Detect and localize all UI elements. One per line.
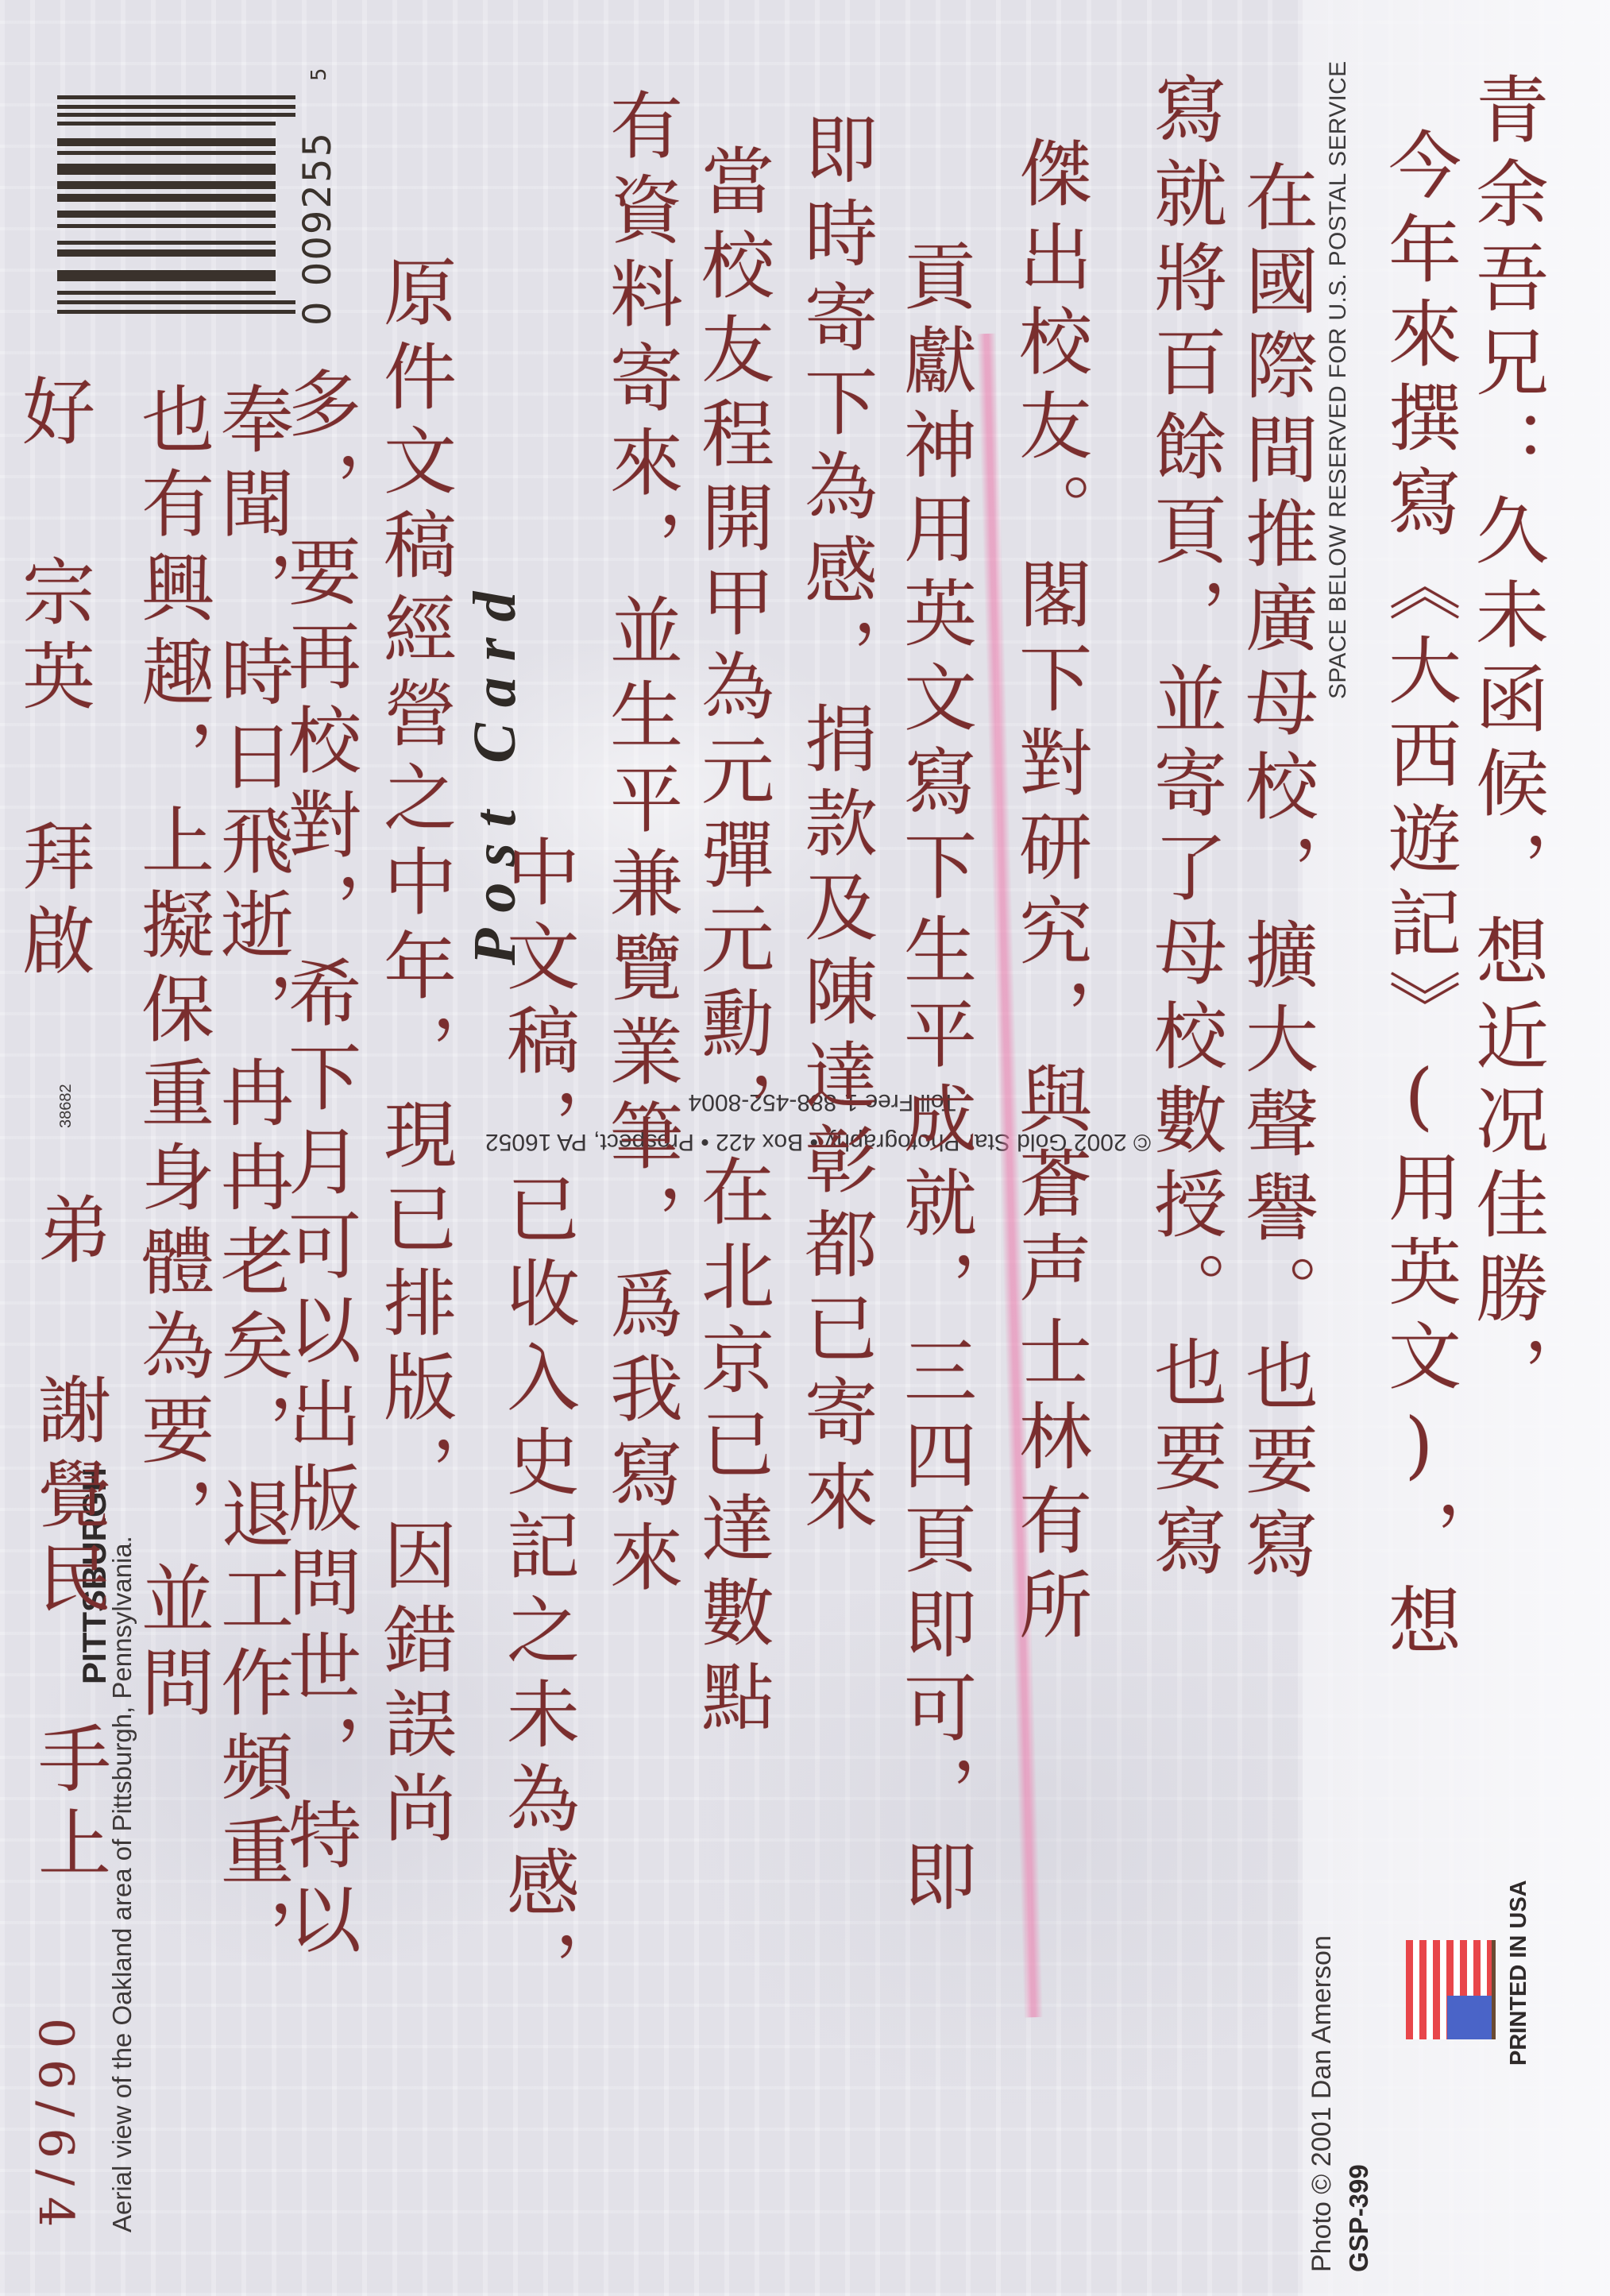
- handwriting-column-4: 寫就將百餘頁，並寄了母校數授。也要寫: [1148, 72, 1221, 1587]
- handwriting-column-8: 當校友程開甲為元彈元勳，在北京已達數點: [695, 143, 768, 1743]
- handwriting-column-2: 今年來撰寫《大西遊記》(用英文)，想: [1382, 127, 1455, 1667]
- handwriting-column-15-closing: 好 宗英 拜啟: [16, 373, 89, 987]
- handwriting-column-9: 有資料寄來，並生平兼覽業筆，爲我寫來: [604, 87, 677, 1603]
- handwriting-column-3: 在國際間推廣母校，擴大聲譽。也要寫: [1239, 159, 1312, 1591]
- handwriting-date: 06/6/4: [32, 2018, 79, 2238]
- handwriting-column-14: 也有興趣，上擬保重身體為要，並問: [135, 381, 208, 1729]
- handwriting-column-5: 傑出校友。閣下對研究，與蒼声士林有所: [1013, 135, 1086, 1651]
- postcard-back: 0 009255 5 SPACE BELOW RESERVED FOR U.S.…: [0, 0, 1610, 2296]
- handwriting-column-11: 原件文稿經營之中年，現已排版，因錯誤尚: [377, 254, 450, 1854]
- barcode-digits: 0 009255: [295, 131, 340, 326]
- handwriting-column-7: 即時寄下為感，捐款及陳達彰都已寄來: [798, 111, 871, 1543]
- barcode: 0 009255 5: [57, 95, 319, 326]
- handwriting-column-1: 青余吾兄：久未函候，想近况佳勝，: [1469, 72, 1542, 1419]
- handwriting-column-6: 貢獻神用英文寫下生平成就，三四頁即可，即: [898, 238, 971, 1923]
- handwriting-signature: 弟 謝覺民 手上: [32, 1192, 105, 1889]
- barcode-check-digit: 5: [307, 68, 331, 81]
- photo-credit: Photo © 2001 Dan Amerson: [1307, 1935, 1338, 2272]
- printed-in-usa: PRINTED IN USA: [1506, 1880, 1532, 2066]
- product-code: GSP-399: [1344, 2164, 1374, 2272]
- postal-service-notice: SPACE BELOW RESERVED FOR U.S. POSTAL SER…: [1325, 61, 1352, 699]
- handwriting-column-10: 中文稿，已收入史記之未為感，: [500, 834, 573, 2013]
- caption-code: 38682: [57, 1084, 75, 1128]
- barcode-bars: [57, 95, 295, 326]
- handwriting-column-13: 奉聞，時日飛逝，冉冉老矣，退工作頻重，: [214, 381, 288, 1981]
- us-flag-icon: [1404, 1938, 1496, 2042]
